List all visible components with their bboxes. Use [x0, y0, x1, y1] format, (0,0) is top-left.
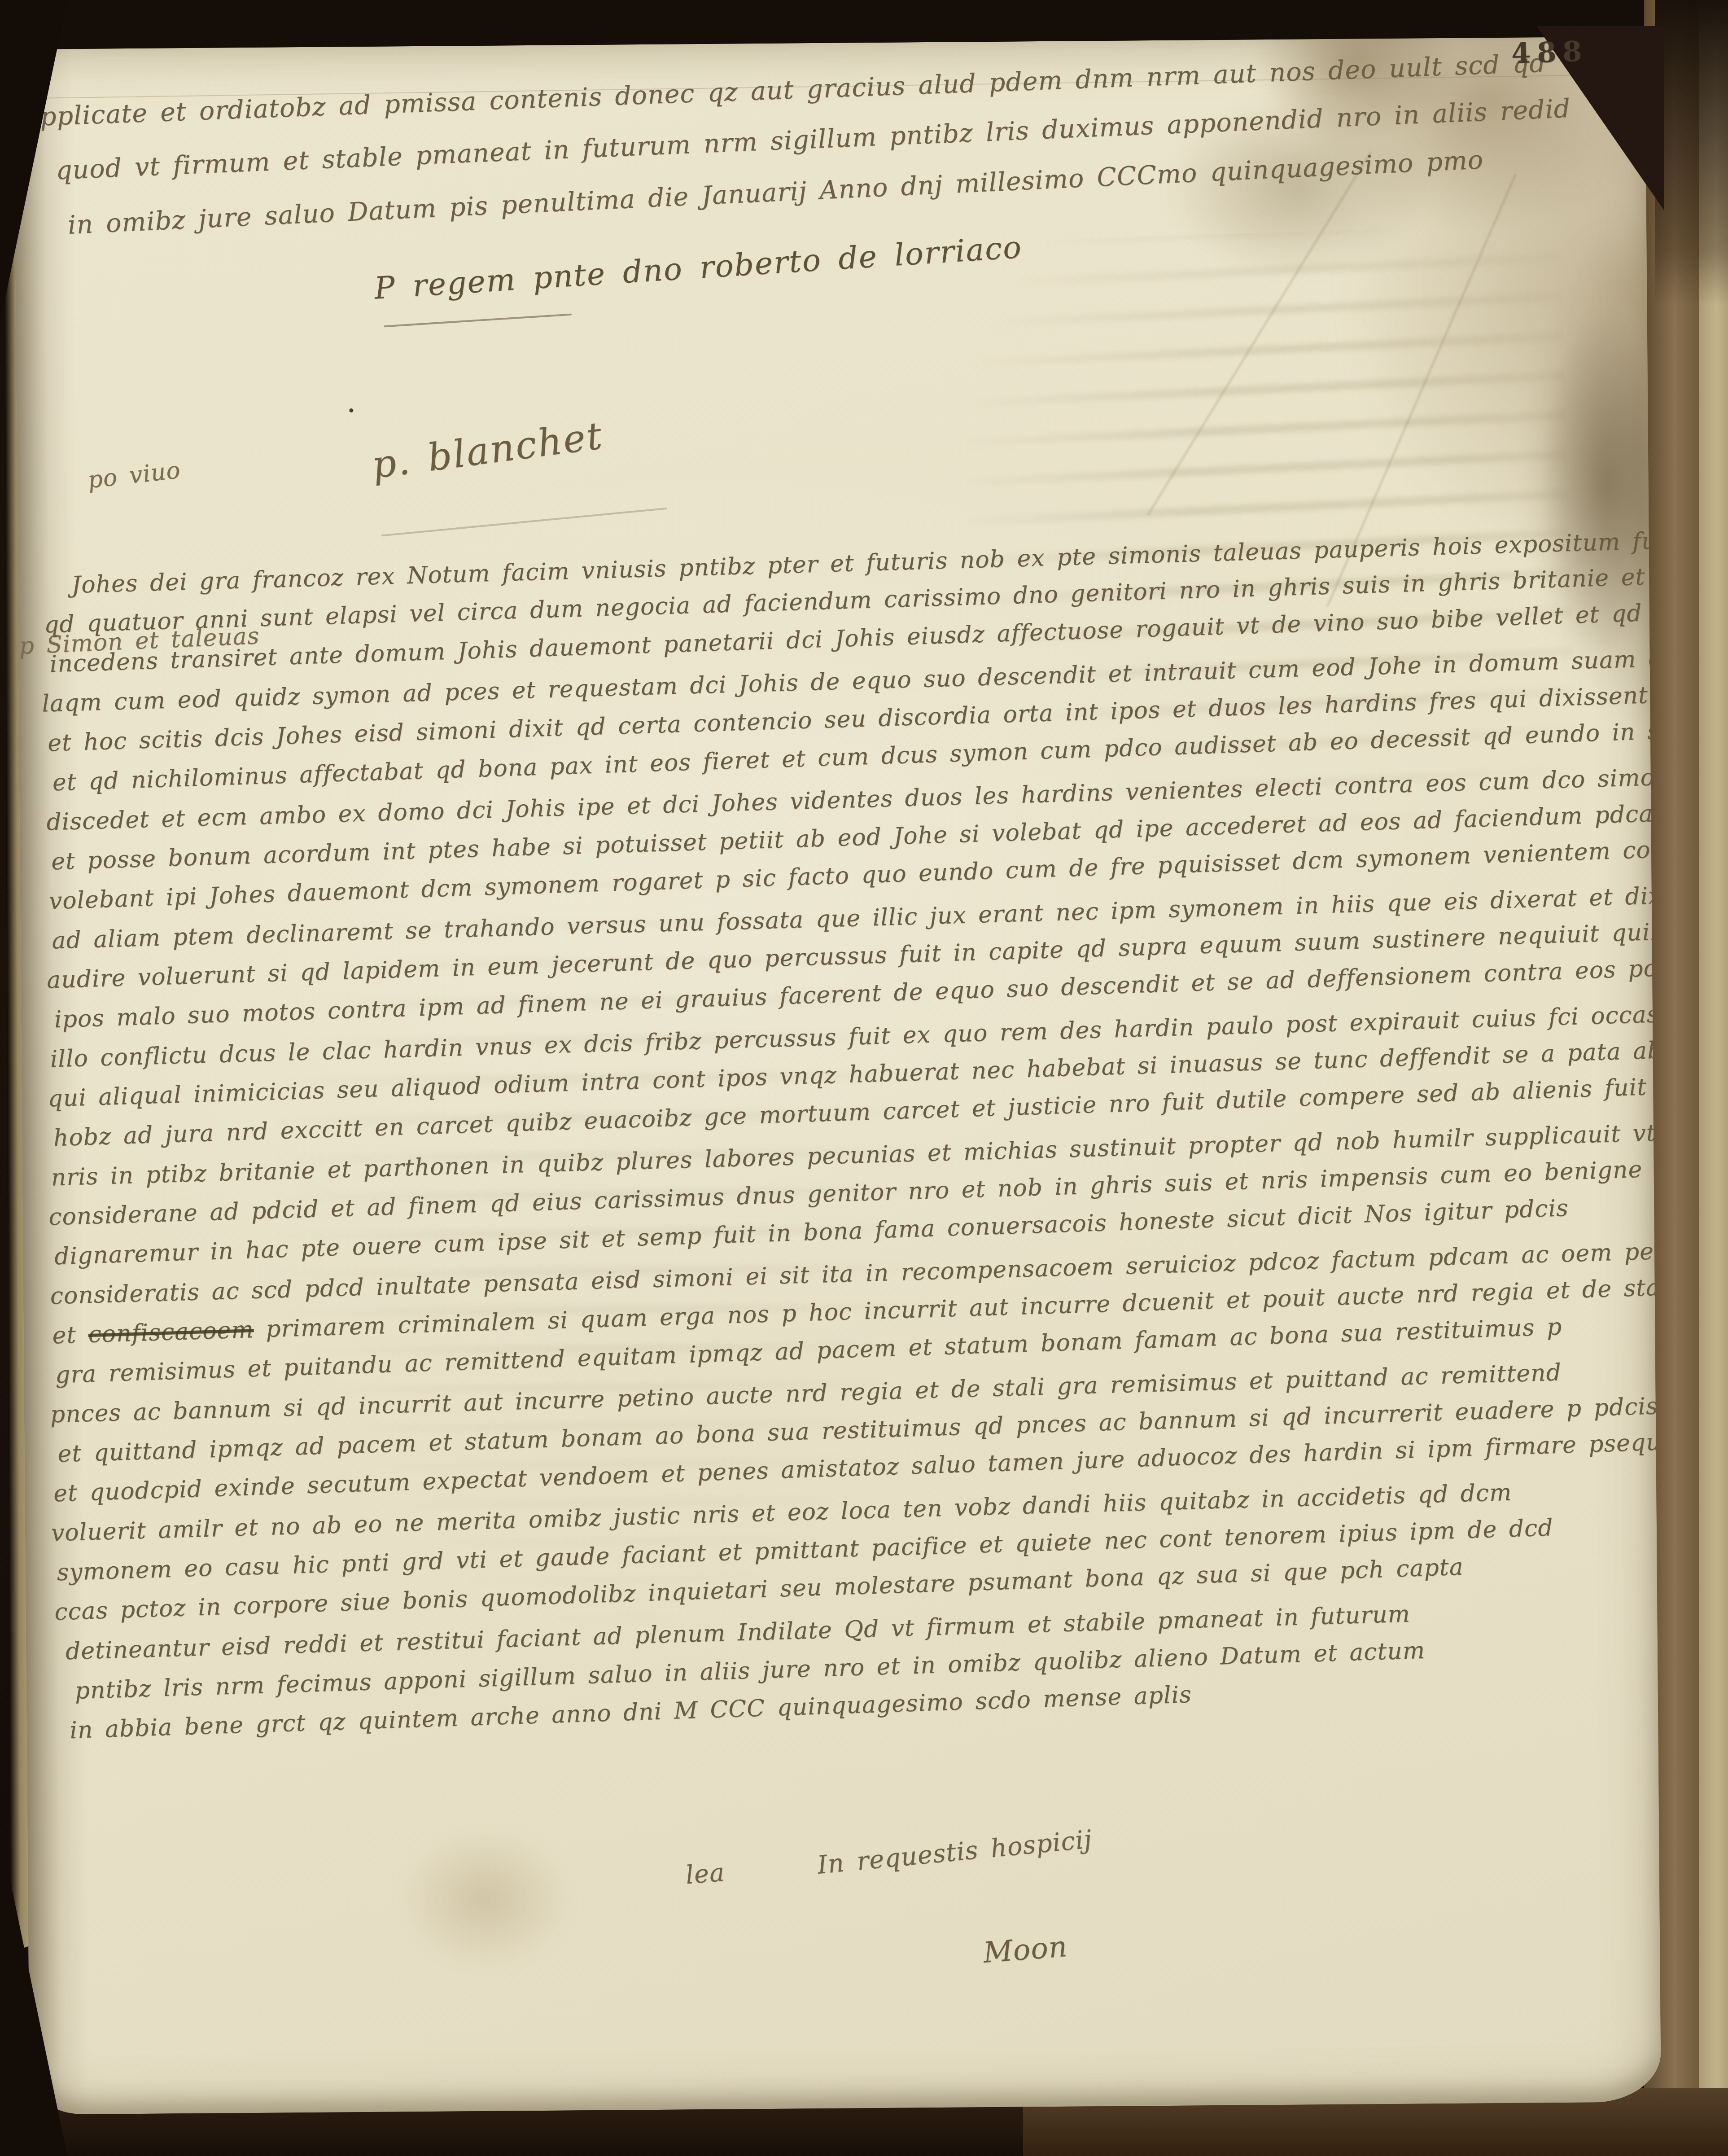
page-edge-stack-tan [1699, 0, 1728, 2156]
pen-flourish [384, 314, 572, 328]
pen-flourish [381, 508, 667, 537]
household-requests-note: In requestis hospicij [816, 1825, 1094, 1880]
struck-word: confiscacoem [88, 1316, 254, 1348]
margin-note: po viuo [86, 457, 182, 494]
clerk-signature: Moon [982, 1930, 1069, 1970]
chancery-signature: p. blanchet [369, 413, 606, 487]
binding-leather-top-right [1655, 0, 1728, 305]
bottom-left-mark: lea [684, 1858, 726, 1890]
entry-heading: P regem pnte dno roberto de lorriaco [373, 230, 1023, 307]
foxing-spot [368, 1804, 603, 1994]
ink-dot [349, 408, 353, 412]
manuscript-scan: pplicate et ordiatobz ad pmissa contenis… [0, 0, 1728, 2156]
folio-number: 488 [1511, 35, 1589, 70]
manuscript-page: pplicate et ordiatobz ad pmissa contenis… [13, 36, 1661, 2114]
